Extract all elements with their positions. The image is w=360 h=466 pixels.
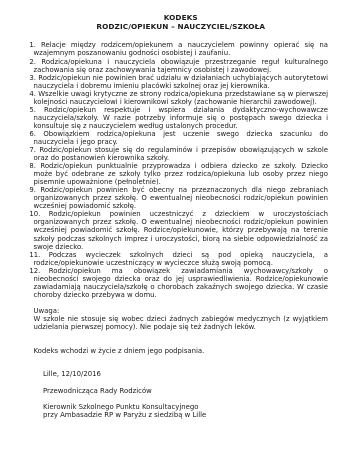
list-item-number: 10. bbox=[29, 210, 40, 218]
signature-role-school-head: Kierownik Szkolnego Punktu Konsultacyjne… bbox=[43, 403, 328, 419]
list-item-text: Rodzic/opiekun nie powinien brać udziału… bbox=[34, 74, 329, 90]
list-item-4: 4. Wszelkie uwagi krytyczne ze strony ro… bbox=[34, 90, 329, 106]
signature-role-school-head-line-1: Kierownik Szkolnego Punktu Konsultacyjne… bbox=[43, 403, 328, 411]
list-item-text: Rodzic/opiekun respektuje i wspiera dzia… bbox=[34, 106, 329, 130]
signature-block: Lille, 12/10/2016 Przewodnicząca Rady Ro… bbox=[43, 370, 328, 419]
signature-role-parents-council: Przewodnicząca Rady Rodziców bbox=[43, 387, 328, 395]
list-item-number: 1. bbox=[29, 41, 36, 49]
document-title: KODEKS RODZIC/OPIEKUN – NAUCZYCIEL/SZKOŁ… bbox=[34, 13, 329, 31]
list-item-7: 7. Rodzic/opiekun stosuje się do regulam… bbox=[34, 146, 329, 162]
document-title-line-1: KODEKS bbox=[34, 13, 329, 22]
list-item-8: 8. Rodzic/opiekun punktualnie przyprowad… bbox=[34, 162, 329, 186]
list-item-text: Wszelkie uwagi krytyczne ze strony rodzi… bbox=[34, 90, 329, 106]
list-item-text: Rodzic/opiekun ma obowiązek zawiadamiani… bbox=[34, 267, 329, 299]
signature-role-school-head-line-2: przy Ambasadzie RP w Paryżu z siedzibą w… bbox=[43, 411, 328, 419]
note-label: Uwaga: bbox=[34, 307, 329, 315]
list-item-text: Podczas wycieczek szkolnych dzieci są po… bbox=[34, 251, 329, 267]
list-item-number: 7. bbox=[29, 146, 36, 154]
list-item-number: 9. bbox=[29, 186, 36, 194]
list-item-10: 10.Rodzic/opiekun powinien uczestniczyć … bbox=[34, 210, 329, 250]
signature-place-date: Lille, 12/10/2016 bbox=[43, 370, 328, 378]
list-item-text: Rodzic/opiekun stosuje się do regulaminó… bbox=[34, 146, 328, 162]
list-item-number: 11. bbox=[29, 251, 40, 259]
list-item-text: Rodzic/opiekun powinien być obecny na pr… bbox=[34, 186, 329, 210]
list-item-text: Obowiązkiem rodzica/opiekuna jest uczeni… bbox=[34, 130, 329, 146]
list-item-9: 9. Rodzic/opiekun powinien być obecny na… bbox=[34, 186, 329, 210]
list-item-text: Rodzic/opiekun powinien uczestniczyć z d… bbox=[34, 210, 329, 250]
list-item-number: 5. bbox=[29, 106, 36, 114]
list-item-number: 6. bbox=[29, 130, 36, 138]
document-page: KODEKS RODZIC/OPIEKUN – NAUCZYCIEL/SZKOŁ… bbox=[0, 0, 360, 466]
effective-date-line: Kodeks wchodzi w życie z dniem jego podp… bbox=[34, 347, 329, 355]
list-item-text: Relacje między rodzicem/opiekunem a nauc… bbox=[34, 41, 329, 57]
list-item-number: 2. bbox=[29, 58, 36, 66]
list-item-11: 11.Podczas wycieczek szkolnych dzieci są… bbox=[34, 251, 329, 267]
list-item-12: 12.Rodzic/opiekun ma obowiązek zawiadami… bbox=[34, 267, 329, 299]
list-item-6: 6. Obowiązkiem rodzica/opiekuna jest ucz… bbox=[34, 130, 329, 146]
list-item-text: Rodzic/opiekun punktualnie przyprowadza … bbox=[34, 162, 329, 186]
list-item-2: 2. Rodzica/opiekuna i nauczyciela obowią… bbox=[34, 58, 329, 74]
list-item-number: 4. bbox=[29, 90, 36, 98]
list-item-number: 8. bbox=[29, 162, 36, 170]
list-item-number: 3. bbox=[29, 74, 36, 82]
code-rules-list: 1. Relacje między rodzicem/opiekunem a n… bbox=[34, 41, 329, 299]
list-item-3: 3. Rodzic/opiekun nie powinien brać udzi… bbox=[34, 74, 329, 90]
list-item-1: 1. Relacje między rodzicem/opiekunem a n… bbox=[34, 41, 329, 57]
list-item-number: 12. bbox=[29, 267, 40, 275]
list-item-text: Rodzica/opiekuna i nauczyciela obowiązuj… bbox=[34, 58, 329, 74]
note-text: W szkole nie stosuje się wobec dzieci ża… bbox=[34, 315, 329, 331]
list-item-5: 5. Rodzic/opiekun respektuje i wspiera d… bbox=[34, 106, 329, 130]
document-title-line-2: RODZIC/OPIEKUN – NAUCZYCIEL/SZKOŁA bbox=[34, 22, 329, 31]
note-section: Uwaga: W szkole nie stosuje się wobec dz… bbox=[34, 307, 329, 331]
